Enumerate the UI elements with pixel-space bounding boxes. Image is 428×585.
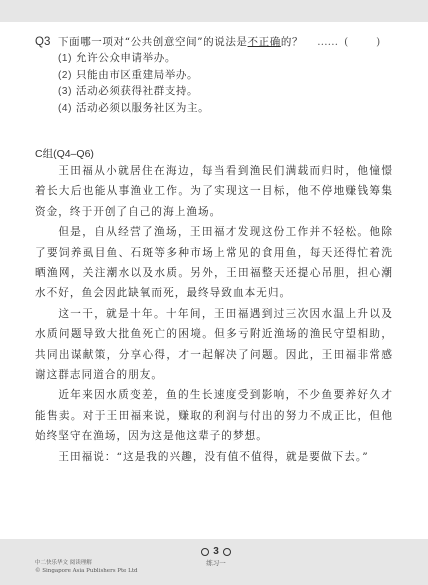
option-number: (3) [58, 86, 72, 97]
question-3: Q3 下面哪一项对“公共创意空间”的说法是不正确的？ …… ( ) (1)允许公… [35, 34, 395, 116]
page-footer: 中二快乐华文 阅读理解 © Singapore Asia Publishers … [0, 539, 428, 585]
footer-book-title: 中二快乐华文 阅读理解 [35, 559, 138, 567]
footer-publisher-info: 中二快乐华文 阅读理解 © Singapore Asia Publishers … [35, 559, 138, 575]
top-margin-band [0, 0, 428, 22]
section-title: C组(Q4–Q6) [35, 146, 94, 161]
passage-paragraph: 王田福说：“这是我的兴趣，没有值不值得，就是要做下去。” [35, 447, 393, 467]
option-text: 活动必须以服务社区为主。 [76, 102, 209, 114]
question-text-after: 的？ [281, 36, 303, 48]
question-stem: Q3 下面哪一项对“公共创意空间”的说法是不正确的？ …… ( ) [35, 34, 395, 49]
option-text: 只能由市区重建局举办。 [76, 69, 198, 81]
question-text: 下面哪一项对“公共创意空间”的说法是不正确的？ [58, 34, 303, 49]
page-number-row: 3 [194, 546, 238, 557]
ring-left-icon [201, 548, 209, 556]
option-3: (3)活动必须获得社群支持。 [58, 83, 395, 100]
question-number: Q3 [35, 36, 58, 48]
option-text: 活动必须获得社群支持。 [76, 85, 198, 97]
passage-paragraph: 但是，自从经营了渔场，王田福才发现这份工作并不轻松。他除了要饲养虱目鱼、石斑等多… [35, 222, 393, 304]
passage-paragraph: 近年来因水质变差，鱼的生长速度受到影响，不少鱼要养好久才能售卖。对于王田福来说，… [35, 385, 393, 446]
exercise-label: 练习一 [194, 558, 238, 567]
answer-paren-close: ) [376, 36, 380, 48]
page-number: 3 [213, 546, 219, 557]
passage-paragraph: 王田福从小就居住在海边，每当看到渔民们满载而归时，他憧憬着长大后也能从事渔业工作… [35, 161, 393, 222]
question-emphasis: 不正确 [248, 36, 281, 48]
footer-copyright: © Singapore Asia Publishers Pte Ltd [35, 567, 138, 575]
ring-right-icon [223, 548, 231, 556]
answer-leader-dots: …… [317, 36, 338, 48]
answer-options: (1)允许公众申请举办。 (2)只能由市区重建局举办。 (3)活动必须获得社群支… [58, 50, 395, 116]
option-number: (1) [58, 53, 72, 64]
footer-page-indicator: 3 练习一 [194, 546, 238, 567]
option-text: 允许公众申请举办。 [76, 52, 176, 64]
question-text-before: 下面哪一项对“公共创意空间”的说法是 [58, 36, 248, 48]
reading-passage: 王田福从小就居住在海边，每当看到渔民们满载而归时，他憧憬着长大后也能从事渔业工作… [35, 161, 393, 467]
option-number: (2) [58, 70, 72, 81]
option-4: (4)活动必须以服务社区为主。 [58, 100, 395, 117]
answer-paren-open: ( [344, 36, 348, 48]
option-2: (2)只能由市区重建局举办。 [58, 67, 395, 84]
passage-paragraph: 这一干，就是十年。十年间，王田福遇到过三次因水温上升以及水质问题导致大批鱼死亡的… [35, 304, 393, 386]
option-1: (1)允许公众申请举办。 [58, 50, 395, 67]
option-number: (4) [58, 103, 72, 114]
